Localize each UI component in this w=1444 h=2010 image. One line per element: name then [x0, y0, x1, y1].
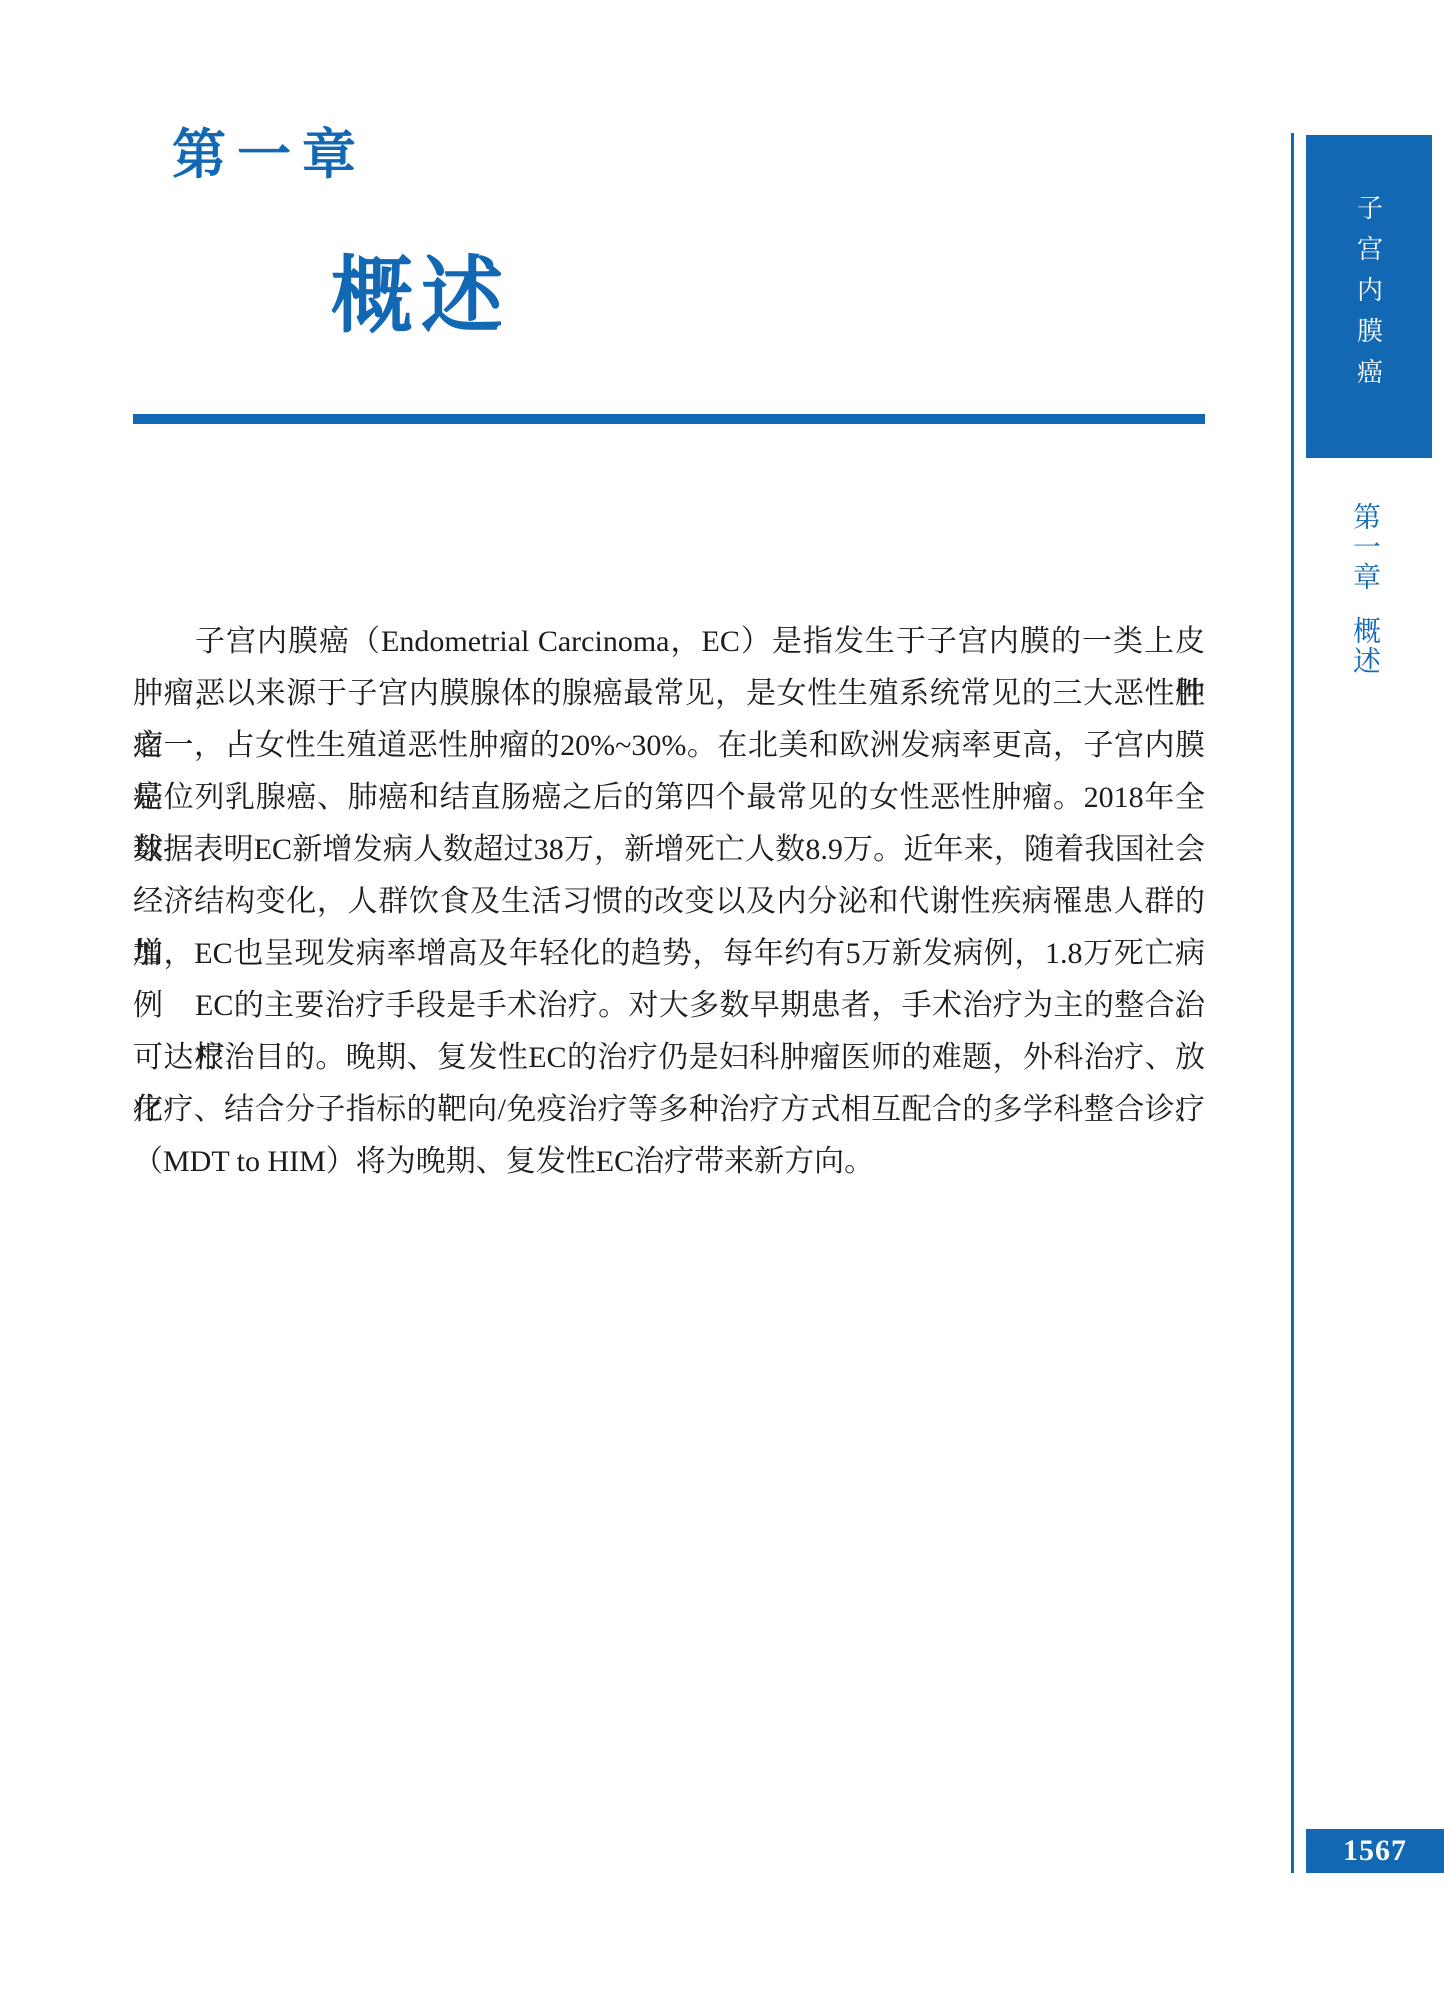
page-number-badge: 1567	[1306, 1829, 1444, 1873]
body-line: 之一，占女性生殖道恶性肿瘤的20%~30%。在北美和欧洲发病率更高，子宫内膜癌	[133, 720, 1205, 772]
body-line: 经济结构变化，人群饮食及生活习惯的改变以及内分泌和代谢性疾病罹患人群的增	[133, 876, 1205, 928]
title-divider-rule	[133, 414, 1205, 424]
page-number: 1567	[1343, 1834, 1407, 1868]
body-text: 子宫内膜癌（Endometrial Carcinoma，EC）是指发生于子宫内膜…	[133, 616, 1205, 1188]
body-line: 化疗、结合分子指标的靶向/免疫治疗等多种治疗方式相互配合的多学科整合诊疗	[133, 1084, 1205, 1136]
body-line: 肿瘤，以来源于子宫内膜腺体的腺癌最常见，是女性生殖系统常见的三大恶性肿瘤	[133, 668, 1205, 720]
sidebar-tab-title: 子宫内膜癌	[1351, 194, 1388, 399]
book-page: 第一章 概述 子宫内膜癌（Endometrial Carcinoma，EC）是指…	[0, 0, 1444, 2010]
body-line: EC的主要治疗手段是手术治疗。对大多数早期患者，手术治疗为主的整合治疗	[133, 980, 1205, 1032]
body-line: 数据表明EC新增发病人数超过38万，新增死亡人数8.9万。近年来，随着我国社会	[133, 824, 1205, 876]
body-line: 可达根治目的。晚期、复发性EC的治疗仍是妇科肿瘤医师的难题，外科治疗、放疗、	[133, 1032, 1205, 1084]
sidebar-section-tab: 子宫内膜癌	[1306, 135, 1432, 458]
chapter-number-label: 第一章	[172, 122, 367, 188]
chapter-title: 概述	[331, 250, 511, 344]
sidebar-section-label: 概述	[1349, 616, 1380, 676]
sidebar-vertical-rule	[1291, 133, 1294, 1873]
body-line: （MDT to HIM）将为晚期、复发性EC治疗带来新方向。	[133, 1136, 1205, 1188]
body-line: 子宫内膜癌（Endometrial Carcinoma，EC）是指发生于子宫内膜…	[133, 616, 1205, 668]
sidebar-chapter-reference: 第一章概述	[1344, 502, 1384, 676]
sidebar-chapter-label: 第一章	[1349, 502, 1380, 592]
body-line: 是位列乳腺癌、肺癌和结直肠癌之后的第四个最常见的女性恶性肿瘤。2018年全球	[133, 772, 1205, 824]
body-line: 加，EC也呈现发病率增高及年轻化的趋势，每年约有5万新发病例，1.8万死亡病例。	[133, 928, 1205, 980]
